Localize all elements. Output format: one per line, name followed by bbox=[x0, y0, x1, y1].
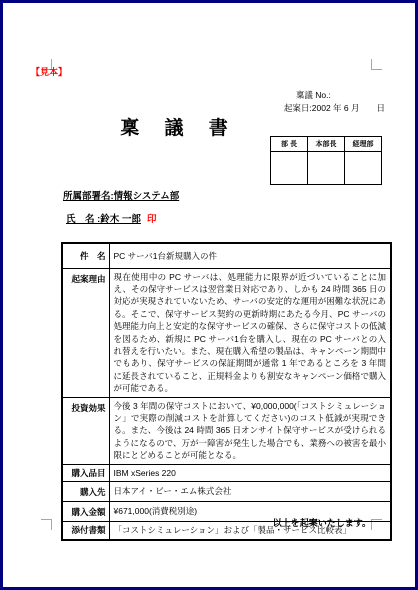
row-label-purchase-amount: 購入金額 bbox=[62, 502, 109, 522]
seal-mark: 印 bbox=[147, 214, 157, 225]
row-label-reason: 起案理由 bbox=[62, 268, 109, 397]
table-row-purchase-item: 購入品目 IBM xSeries 220 bbox=[62, 464, 391, 481]
table-row-subject: 件 名 PC サーバ1台新規購入の件 bbox=[62, 243, 391, 268]
row-value-purchase-item: IBM xSeries 220 bbox=[109, 464, 391, 481]
text-boundary-mark-top-right bbox=[371, 59, 382, 70]
department-line: 所属部署名:情報システム部 bbox=[63, 188, 179, 202]
table-row-investment-effect: 投資効果 今後 3 年間の保守コストにおいて、¥0,000,000(「コストシミ… bbox=[62, 397, 391, 464]
row-value-subject: PC サーバ1台新規購入の件 bbox=[109, 243, 391, 268]
ringi-number-label: 稟議 No.: bbox=[284, 89, 385, 102]
approval-stamp-row bbox=[271, 152, 382, 185]
row-label-purchase-item: 購入品目 bbox=[62, 464, 109, 481]
approval-header-honbucho: 本部長 bbox=[308, 137, 345, 152]
applicant-name: 氏 名 :鈴木 一郎 bbox=[66, 214, 141, 225]
approval-header-bucho: 部 長 bbox=[271, 137, 308, 152]
applicant-name-line: 氏 名 :鈴木 一郎印 bbox=[66, 211, 156, 225]
ringi-document-page: 【見本】 稟議 No.: 起案日:2002 年 6 月 日 稟 議 書 部 長 … bbox=[0, 0, 418, 590]
text-boundary-mark-bottom-left bbox=[41, 519, 52, 530]
approval-stamp-cell-keiribu bbox=[345, 152, 382, 185]
document-header-right: 稟議 No.: 起案日:2002 年 6 月 日 bbox=[284, 89, 385, 115]
sample-watermark-label: 【見本】 bbox=[31, 65, 67, 78]
ringi-detail-table: 件 名 PC サーバ1台新規購入の件 起案理由 現在使用中の PC サーバは、処… bbox=[61, 242, 392, 541]
closing-statement: 以上を起案いたします。 bbox=[273, 516, 371, 529]
row-label-investment-effect: 投資効果 bbox=[62, 397, 109, 464]
row-value-supplier: 日本アイ・ビー・エム株式会社 bbox=[109, 482, 391, 502]
row-label-supplier: 購入先 bbox=[62, 482, 109, 502]
approval-stamp-cell-honbucho bbox=[308, 152, 345, 185]
approval-header-row: 部 長 本部長 経理部 bbox=[271, 137, 382, 152]
table-row-supplier: 購入先 日本アイ・ビー・エム株式会社 bbox=[62, 482, 391, 502]
approval-stamp-table: 部 長 本部長 経理部 bbox=[270, 136, 382, 185]
table-row-reason: 起案理由 現在使用中の PC サーバは、処理能力に限界が近づいていることに加え、… bbox=[62, 268, 391, 397]
row-label-subject: 件 名 bbox=[62, 243, 109, 268]
row-value-investment-effect: 今後 3 年間の保守コストにおいて、¥0,000,000(「コストシミュレーショ… bbox=[109, 397, 391, 464]
approval-stamp-cell-bucho bbox=[271, 152, 308, 185]
row-label-attachments: 添付書類 bbox=[62, 522, 109, 540]
row-value-reason: 現在使用中の PC サーバは、処理能力に限界が近づいていることに加え、その保守サ… bbox=[109, 268, 391, 397]
approval-header-keiribu: 経理部 bbox=[345, 137, 382, 152]
